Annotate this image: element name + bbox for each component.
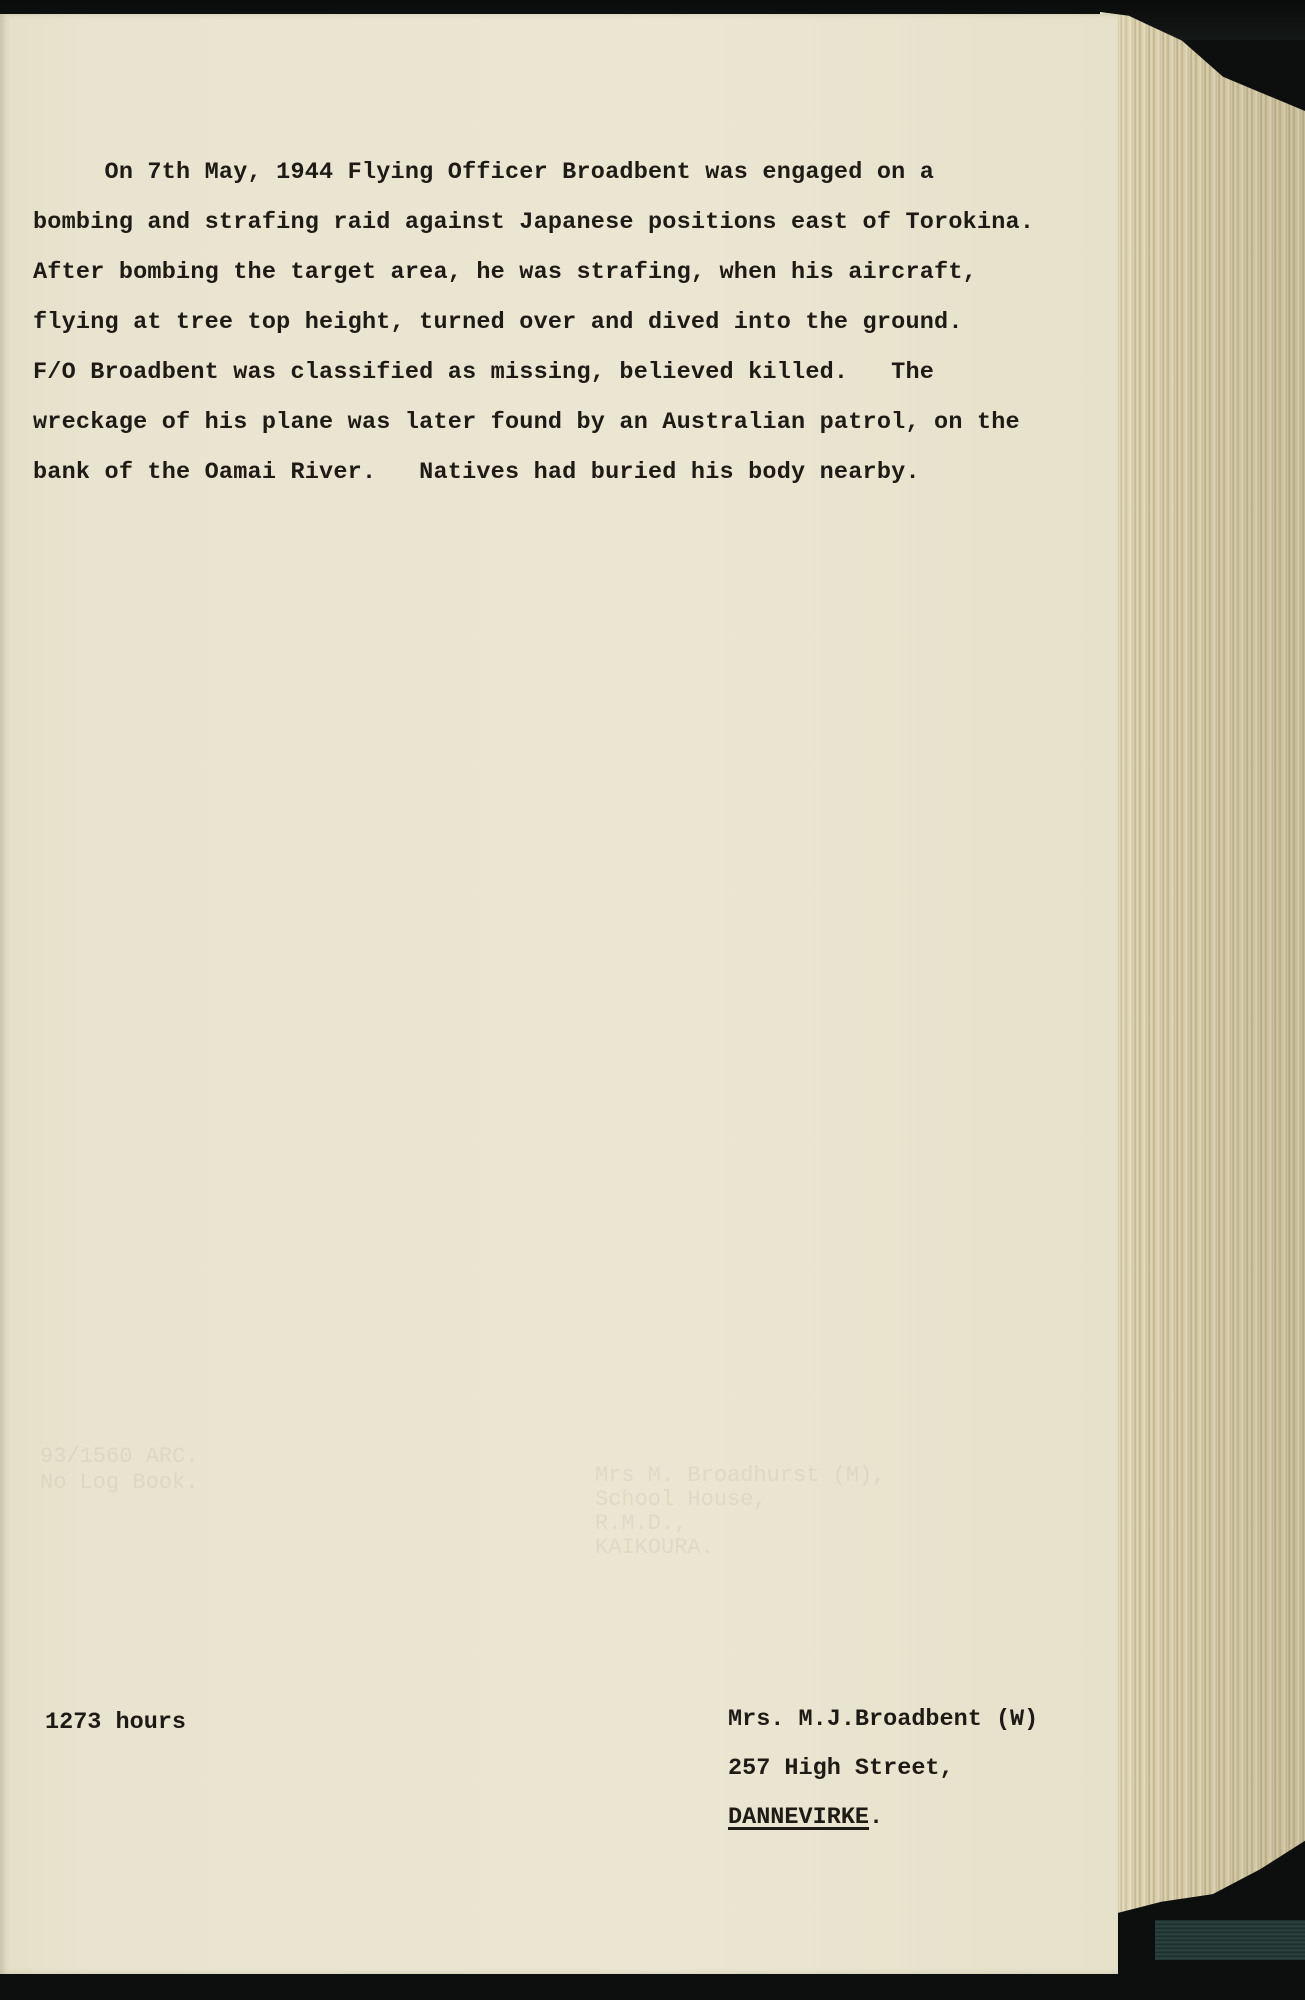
body-line-5: F/O Broadbent was classified as missing,… — [33, 359, 934, 386]
bleed-through-address: Mrs M. Broadhurst (M), School House, R.M… — [595, 1464, 885, 1560]
body-line-1: On 7th May, 1944 Flying Officer Broadben… — [33, 159, 934, 186]
town-suffix: . — [869, 1804, 883, 1831]
document-page: 93/1560 ARC. No Log Book. Mrs M. Broadhu… — [0, 14, 1118, 1974]
next-of-kin-name: Mrs. M.J.Broadbent (W) — [728, 1706, 1038, 1733]
next-of-kin-street: 257 High Street, — [728, 1755, 954, 1782]
body-line-4: flying at tree top height, turned over a… — [33, 309, 963, 336]
book-cover-corner — [1155, 1920, 1305, 1960]
body-line-2: bombing and strafing raid against Japane… — [33, 209, 1034, 236]
body-line-6: wreckage of his plane was later found by… — [33, 409, 1020, 436]
page-stack-edges — [1100, 12, 1305, 1917]
town-name: DANNEVIRKE — [728, 1804, 869, 1831]
next-of-kin-town: DANNEVIRKE. — [728, 1804, 883, 1831]
flying-hours: 1273 hours — [45, 1709, 186, 1736]
bleed-through-ref: 93/1560 ARC. No Log Book. — [40, 1444, 198, 1496]
body-line-3: After bombing the target area, he was st… — [33, 259, 977, 286]
body-line-7: bank of the Oamai River. Natives had bur… — [33, 459, 920, 486]
